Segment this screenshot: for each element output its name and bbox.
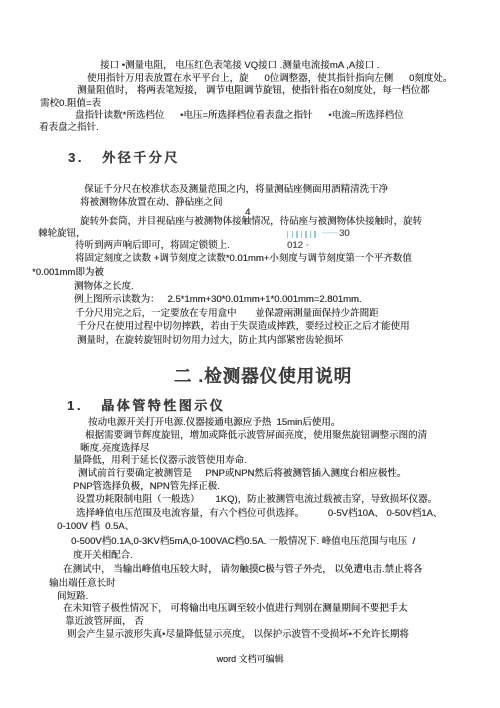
body-line: 按动电源开关打开电源.仪器接通电源应予热 15min后使用。 (88, 418, 340, 429)
body-line: 测量阻值时， 将两表笔短接， 调节电阻调节旋钮，使指针指在0刻度处，每一档位都 (77, 86, 430, 97)
body-line: *0.001mm即为被 (32, 268, 104, 279)
body-line: 测量时，在旋转旋钮时切勿用力过大，防止其内部紧密齿轮损坏 (77, 336, 343, 347)
body-line: 输出端任意长时 (49, 579, 116, 590)
body-line: 在未知管子极性情况下， 可将输出电压调至较小值进行判别在测量期间不要把手太 (63, 604, 408, 615)
micrometer-tick-mark (287, 231, 288, 238)
body-line: 测物体之长度. (74, 282, 134, 293)
body-line: 例上图所示读数为： 2.5*1mm+30*0.01mm+1*0.001mm=2.… (74, 295, 361, 306)
body-line: 设置功耗限制电阻（一般选） 1KQ)，防止被测管电流过载被击穿，导致损坏仪器。 (76, 495, 437, 506)
body-line: 盘指针读数*所选档位 •电压=所选择档位看表盘之指针 •电流=所选择档位 (75, 111, 404, 122)
body-line: 将被测物体放置在动、静砧座之间 (80, 198, 223, 209)
body-line: 待听到两声响后即可，将固定锁锁上. (75, 241, 230, 252)
micrometer-thimble-value: 30 (339, 229, 350, 240)
body-line: 选择峰值电压范围及电流容量，有六个档位可供选择。 0-5V档10A、 0-50V… (76, 509, 442, 520)
body-line: 晰度.亮度选择尽 (80, 444, 149, 455)
body-line: 度开关相配合. (73, 551, 133, 562)
body-line: 使用指针万用表放置在水平平台上，旋 0位调整器，使其指针指向左侧 0刻度处。 (87, 74, 452, 85)
footer-label: word 文档可编辑 (0, 654, 500, 664)
body-line: PNP管选择负极，NPN管先择正极. (73, 482, 220, 493)
body-line: 保证千分尺在校准状态及测量范围之内，将量测砧座侧面用酒精清洗干净 (84, 185, 388, 196)
micrometer-scale-baseline: ___ (322, 224, 338, 235)
micrometer-tick-mark (305, 231, 306, 238)
body-line: 看表盘之指针. (39, 123, 99, 134)
micrometer-main-scale-digits: 012 (287, 241, 303, 252)
body-line: 在测试中， 当输出峰值电压较大时， 请勿触摸C极与管子外壳， 以免遭电击.禁止将… (63, 565, 422, 576)
body-line: 间短路. (57, 592, 88, 603)
document-page: 接口 •测量电阻， 电压红色表笔接 VQ接口 .测量电流接mA ,A接口 .使用… (0, 0, 500, 708)
body-line: 测试前首行要确定被测管是 PNP或NPN然后将被测管插入测度台相应极性。 (78, 469, 406, 480)
main-heading: 二 .检测器仪使用说明 (13, 366, 500, 386)
body-line: 则会产生显示波形失真•尽量降低显示亮度， 以保护示波管不受损坏•不允许长期将 (67, 630, 409, 641)
micrometer-tick-mark (314, 231, 315, 238)
body-line: 根据需要调节辉度旋钮，增加或降低示波管屏面亮度，使用聚焦旋钮调整示图的清 (85, 431, 427, 442)
body-line: 接口 •测量电阻， 电压红色表笔接 VQ接口 .测量电流接mA ,A接口 . (100, 61, 379, 72)
section-heading-micrometer: 3. 外径千分尺 (68, 151, 180, 166)
subsection-heading-transistor: 1. 晶体管特性图示仪 (67, 399, 225, 414)
micrometer-scale-mark: ▪ (306, 242, 308, 250)
body-line: 靠近波管屏面， 否 (65, 617, 144, 628)
body-line: 0-500V档0.1A,0-3KV档5mA,0-100VAC档0.5A. 一般情… (71, 537, 415, 548)
micrometer-tick-mark (292, 231, 293, 238)
micrometer-tick-mark (301, 231, 302, 238)
micrometer-tick-mark (310, 231, 311, 238)
micrometer-tick-mark (296, 231, 297, 238)
body-line: 千分尺在使用过程中切勿摔跌，若由于失误造成摔跌，要经过校正之后才能使用 (77, 322, 410, 333)
body-line: 千分尺用完之后，一定要放在专用盒中 並保證兩測量面保持少許間距 (75, 309, 378, 320)
body-line: 将固定刻度之读数 +调节刻度之读数*0.01mm+小刻度与调节刻度第一个平齐数值 (75, 254, 412, 265)
body-line: 0-100V 档 0.5A、 (57, 522, 134, 533)
body-line: 需校0.阻值=表 (40, 99, 101, 110)
body-line: 棘轮旋钮， (38, 229, 86, 240)
body-line: 量降低，用利于延长仪器示波管使用寿命. (73, 456, 247, 467)
body-line: 旋转外套筒，并目视砧座与被测物体接触情况，待砧座与被测物体快接触时，旋转 (80, 217, 422, 228)
